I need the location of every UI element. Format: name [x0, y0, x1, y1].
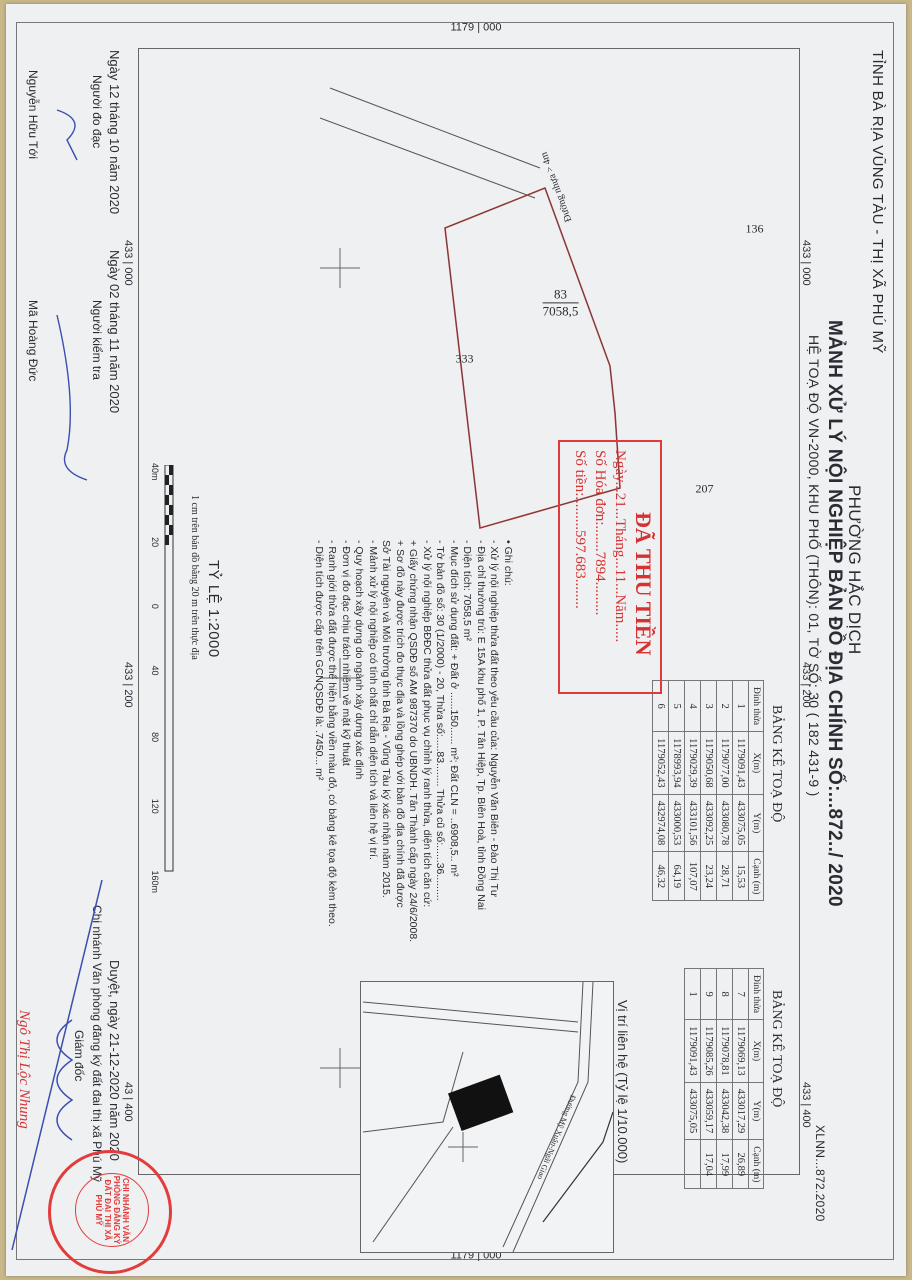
cadastral-map-page: TỈNH BÀ RỊA VŨNG TÀU - THỊ XÃ PHÚ MỸ PHƯ… [0, 0, 912, 1280]
grid-label-bottom-3: 43 | 400 [122, 1082, 134, 1122]
grid-label-bottom-2: 433 | 200 [122, 662, 134, 708]
grid-label-left: 1179 | 000 [451, 21, 502, 33]
table-row: 11179091,43433075,05 [685, 969, 701, 1189]
col-edge: Cạnh (m) [749, 852, 764, 901]
cell: 433042,38 [717, 1082, 733, 1140]
cell: 1179029,39 [685, 732, 701, 795]
scale-title: TỶ LỆ 1:2000 [205, 560, 222, 658]
note-line: + Sơ đồ này được trích đo thực địa và lồ… [393, 540, 407, 940]
table-row: 61179052,43432974,0846,32 [653, 681, 669, 901]
document-title: MẢNH XỬ LÝ NỘI NGHIỆP BẢN ĐỒ ĐỊA CHÍNH S… [823, 320, 845, 907]
cell: 4 [685, 681, 701, 732]
col-y: Y(m) [749, 794, 764, 852]
table-row: 81179078,81433042,3817,99 [717, 969, 733, 1189]
cell: 7 [733, 969, 749, 1020]
office-seal: CHI NHÁNH VĂN PHÒNG ĐĂNG KÝ ĐẤT ĐAI THỊ … [48, 1150, 172, 1274]
cell: 1178993,94 [669, 732, 685, 795]
table-row: 91179085,26433059,1717,04 [701, 969, 717, 1189]
cell: 1179091,43 [733, 732, 749, 795]
paid-stamp: ĐÃ THU TIỀN Ngày...21...Tháng...11...Năm… [558, 440, 662, 694]
table-row: 51178993,94433000,5364,19 [669, 681, 685, 901]
note-line: - Đơn vị đo đạc chịu trách nhiệm về mặt … [339, 540, 353, 940]
table-row: 21179077,00433080,7828,71 [717, 681, 733, 901]
cell [685, 1140, 701, 1189]
coord-table-right: Đỉnh thửa X(m) Y(m) Cạnh (m) 71179069,13… [684, 968, 764, 1189]
province-label: TỈNH BÀ RỊA VŨNG TÀU - THỊ XÃ PHÚ MỸ [869, 50, 886, 354]
note-line: - Địa chỉ thường trú: E 15A khu phố 1, P… [474, 540, 488, 940]
notes-heading: • Ghi chú: [501, 540, 515, 940]
col-x: X(m) [749, 1020, 764, 1083]
scale-ticks: 40m 20 0 40 80 120 160m [150, 463, 160, 893]
cell: 46,32 [653, 852, 669, 901]
col-vertex: Đỉnh thửa [749, 681, 764, 732]
cell: 1179069,13 [733, 1020, 749, 1083]
ward-label: PHƯỜNG HẮC DỊCH [844, 485, 864, 655]
cell: 1 [685, 969, 701, 1020]
grid-label-bottom-1: 433 | 000 [122, 240, 134, 286]
cell: 28,71 [717, 852, 733, 901]
checker-date: Ngày 02 tháng 11 năm 2020 [107, 250, 122, 413]
table-row: 41179029,39433101,56107,07 [685, 681, 701, 901]
parcel-number: 83 [543, 286, 579, 303]
scale-note: 1 cm trên bản đồ bằng 20 m trên thực địa [189, 495, 200, 660]
cell: 8 [717, 969, 733, 1020]
surveyor-date: Ngày 12 tháng 10 năm 2020 [107, 50, 122, 214]
paid-stamp-amount: Số tiền:.........597.683........ [571, 450, 588, 609]
note-line: - Xử lý nội nghiệp thửa đất theo yêu cầu… [487, 540, 501, 940]
coord-table-left: Đỉnh thửa X(m) Y(m) Cạnh (m) 11179091,43… [652, 680, 764, 901]
col-edge: Cạnh (m) [749, 1140, 764, 1189]
table-row: 11179091,43433075,0515,53 [733, 681, 749, 901]
cell: 9 [701, 969, 717, 1020]
document-subtitle: HỆ TOẠ ĐỘ VN-2000, KHU PHỐ (THÔN): 01, T… [806, 335, 822, 797]
cell: 433017,29 [733, 1082, 749, 1140]
cell: 433101,56 [685, 794, 701, 852]
note-line: - Xử lý nội nghiệp BĐĐC thửa đất phục vụ… [420, 540, 434, 940]
cell: 1179050,68 [701, 732, 717, 795]
cell: 3 [701, 681, 717, 732]
parcel-area: 7058,5 [543, 303, 579, 319]
col-vertex: Đỉnh thửa [749, 969, 764, 1020]
cell: 17,99 [717, 1140, 733, 1189]
coord-table-right-title: BẢNG KÊ TOẠ ĐỘ [768, 990, 784, 1107]
handwritten-signatures [37, 100, 97, 700]
cell: 1179091,43 [685, 1020, 701, 1083]
cell: 432974,08 [653, 794, 669, 852]
note-line: - Mảnh xử lý nội nghiệp có tính chất chỉ… [366, 540, 380, 940]
cell: 433080,78 [717, 794, 733, 852]
cell: 1 [733, 681, 749, 732]
cell: 64,19 [669, 852, 685, 901]
col-x: X(m) [749, 732, 764, 795]
scale-tick: 40 [150, 665, 160, 675]
scale-tick: 120 [150, 799, 160, 814]
cell: 1179078,81 [717, 1020, 733, 1083]
table-row: 71179069,13433017,2926,89 [733, 969, 749, 1189]
note-line: - Diện tích: 7058,5 m² [460, 540, 474, 940]
cell: 23,24 [701, 852, 717, 901]
scale-tick: 40m [150, 463, 160, 481]
note-line: + Giấy chứng nhận QSDĐ số AM 987370 do U… [406, 540, 420, 940]
location-map-drawing [361, 982, 613, 1252]
neighbor-parcel-333: 333 [456, 352, 474, 367]
table-row: 31179050,68433092,2523,24 [701, 681, 717, 901]
cell: 433059,17 [701, 1082, 717, 1140]
cell: 1179085,26 [701, 1020, 717, 1083]
cell: 107,07 [685, 852, 701, 901]
cell: 1179077,00 [717, 732, 733, 795]
parcel-label: 83 7058,5 [543, 286, 579, 319]
cell: 433000,53 [669, 794, 685, 852]
grid-label-top-1: 433 | 000 [800, 240, 812, 286]
paid-stamp-date: Ngày...21...Tháng...11...Năm..... [611, 450, 628, 642]
note-line: - Tờ bản đồ số: 30 (1/2000) - 20, Thửa s… [433, 540, 447, 940]
cell: 2 [717, 681, 733, 732]
location-map: Đường Mỹ Xuân-Ngãi Giao [360, 981, 614, 1253]
scale-tick: 20 [150, 537, 160, 547]
col-y: Y(m) [749, 1082, 764, 1140]
cell: 26,89 [733, 1140, 749, 1189]
grid-label-top-3: 433 | 400 [800, 1082, 812, 1128]
note-line: - Quy hoạch xây dựng do ngành xây dựng x… [352, 540, 366, 940]
coord-table-left-title: BẢNG KÊ TOẠ ĐỘ [768, 705, 784, 822]
location-map-title: Vị trí liên hệ (Tỷ lệ 1/10.000) [615, 1000, 630, 1163]
note-line: - Ranh giới thửa đất được thể hiện bằng … [325, 540, 339, 940]
neighbor-parcel-136: 136 [746, 222, 764, 237]
cell: 1179052,43 [653, 732, 669, 795]
note-line: Sở Tài nguyên và Môi trường tỉnh Bà Rịa … [379, 540, 393, 940]
scale-tick: 80 [150, 732, 160, 742]
notes-section: • Ghi chú: - Xử lý nội nghiệp thửa đất t… [312, 540, 515, 940]
scale-tick: 0 [150, 604, 160, 609]
cell: 5 [669, 681, 685, 732]
grid-label-top-2: 433 | 200 [800, 662, 812, 708]
reference-code: XLNN...872.2020 [813, 1125, 827, 1222]
cell: 433075,05 [733, 794, 749, 852]
cell: 433092,25 [701, 794, 717, 852]
paid-stamp-invoice: Số Hóa đơn:.......7894......... [591, 450, 608, 615]
neighbor-parcel-207: 207 [696, 482, 714, 497]
cell: 433075,05 [685, 1082, 701, 1140]
paid-stamp-title: ĐÃ THU TIỀN [630, 512, 656, 655]
cell: 15,53 [733, 852, 749, 901]
note-line: - Mục đích sử dụng đất: + Đất ở ......15… [447, 540, 461, 940]
office-seal-center: CHI NHÁNH VĂN PHÒNG ĐĂNG KÝ ĐẤT ĐAI THỊ … [75, 1173, 149, 1247]
cell: 17,04 [701, 1140, 717, 1189]
scale-tick: 160m [150, 870, 160, 893]
note-line: - Diện tích được cấp trên GCNQSDĐ là: .7… [312, 540, 326, 940]
